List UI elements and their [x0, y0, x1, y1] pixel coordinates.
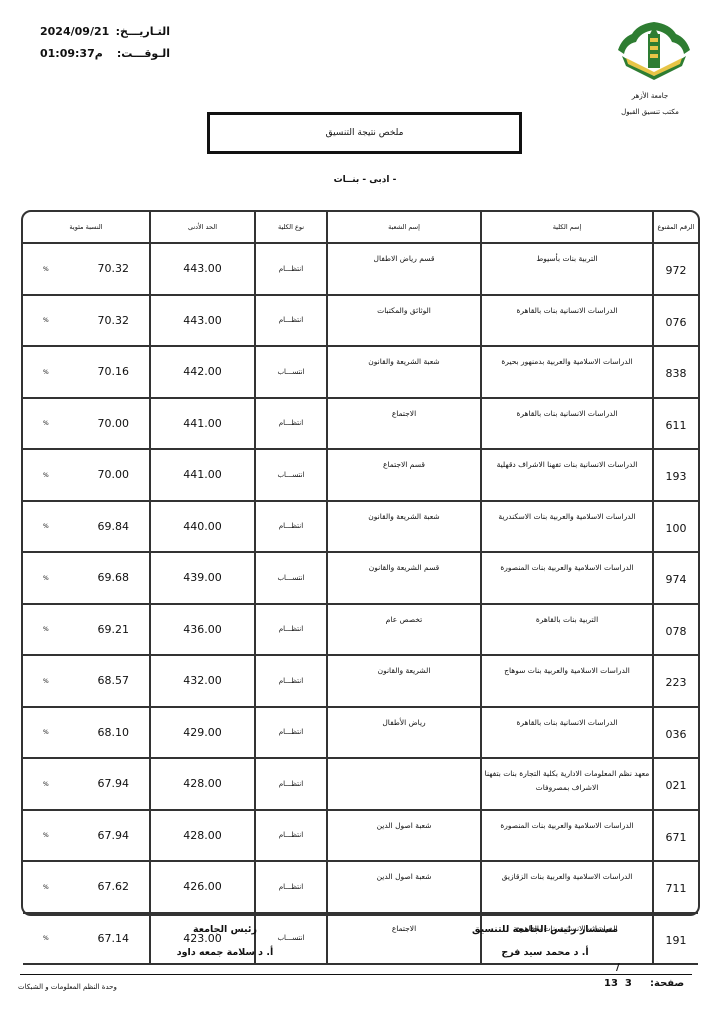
percent-sign: %	[43, 317, 49, 324]
cell-min-score: 441.00	[150, 449, 255, 501]
rate-value: 69.21	[98, 623, 130, 636]
cell-rate: %70.00	[23, 449, 150, 501]
page-total: 13	[604, 978, 618, 989]
rate-value: 70.32	[98, 314, 130, 327]
cell-branch: شعبة اصول الدين	[327, 810, 481, 862]
cell-branch: شعبة الشريعة والقانون	[327, 346, 481, 398]
cell-rate: %68.10	[23, 707, 150, 759]
table-empty-area	[23, 870, 698, 884]
page-title: ملخص نتيجة التنسيق	[207, 112, 522, 154]
cell-faculty: الدراسات الانسانية بنات بالقاهرة	[481, 295, 653, 347]
col-type: نوع الكلية	[255, 212, 327, 243]
percent-sign: %	[43, 369, 49, 376]
table-header-row: النسبة مئوية الحد الأدنى نوع الكلية إسم …	[23, 212, 698, 243]
cell-min-score: 428.00	[150, 810, 255, 862]
cell-branch: تخصص عام	[327, 604, 481, 656]
cell-type: انتظـــام	[255, 707, 327, 759]
cell-min-score: 442.00	[150, 346, 255, 398]
rate-value: 69.84	[98, 520, 130, 533]
table-row: %70.16442.00انتســـابشعبة الشريعة والقان…	[23, 346, 698, 398]
time-label: الـوقـــت:	[117, 47, 170, 60]
cell-rate: %70.00	[23, 398, 150, 450]
cell-min-score: 436.00	[150, 604, 255, 656]
table-row: %67.62426.00انتظـــامشعبة اصول الدينالدر…	[23, 861, 698, 913]
cell-faculty: الدراسات الاسلامية والعربية بنات المنصور…	[481, 810, 653, 862]
page-number: 13 3	[604, 978, 632, 989]
cell-rate: %70.32	[23, 243, 150, 295]
rate-value: 68.57	[98, 674, 130, 687]
cell-rate: %67.62	[23, 861, 150, 913]
cell-faculty: التربية بنات بالقاهرة	[481, 604, 653, 656]
table-row: %68.10429.00انتظـــامرياض الأطفالالدراسا…	[23, 707, 698, 759]
column-divider	[255, 870, 256, 884]
cell-rate: %69.21	[23, 604, 150, 656]
table-row: %68.57432.00انتظـــامالشريعة والقانونالد…	[23, 655, 698, 707]
rate-value: 67.94	[98, 829, 130, 842]
cell-faculty: معهد نظم المعلومات الادارية بكلية التجار…	[481, 758, 653, 810]
cell-branch: الشريعة والقانون	[327, 655, 481, 707]
cell-faculty: الدراسات الاسلامية والعربية بنات الاسكند…	[481, 501, 653, 553]
cell-code: 972	[653, 243, 698, 295]
rate-value: 70.00	[98, 468, 130, 481]
column-divider	[653, 870, 654, 884]
cell-rate: %67.14	[23, 913, 150, 965]
col-branch: إسم الشعبة	[327, 212, 481, 243]
table-row: %70.00441.00انتظـــامالاجتماعالدراسات ال…	[23, 398, 698, 450]
cell-faculty: الدراسات الانسانية بنات تفهنا الاشراف دق…	[481, 449, 653, 501]
rate-value: 67.94	[98, 777, 130, 790]
cell-rate: %70.32	[23, 295, 150, 347]
cell-type: انتظـــام	[255, 501, 327, 553]
cell-rate: %67.94	[23, 758, 150, 810]
cell-type: انتظـــام	[255, 810, 327, 862]
percent-sign: %	[43, 472, 49, 479]
cell-code: 100	[653, 501, 698, 553]
date-value: 2024/09/21	[40, 25, 109, 38]
table-row: %69.84440.00انتظـــامشعبة الشريعة والقان…	[23, 501, 698, 553]
cell-rate: %67.94	[23, 810, 150, 862]
table-row: %70.32443.00انتظـــامالوثائق والمكتباتال…	[23, 295, 698, 347]
percent-sign: %	[43, 729, 49, 736]
cell-branch: الوثائق والمكتبات	[327, 295, 481, 347]
page-subtitle: - ادبى - بنــات	[300, 175, 430, 185]
cell-min-score: 429.00	[150, 707, 255, 759]
president-title: رئيس الجامعة	[150, 924, 300, 935]
cell-rate: %70.16	[23, 346, 150, 398]
percent-sign: %	[43, 523, 49, 530]
university-name: جامعة الأزهر	[600, 92, 700, 100]
cell-min-score: 426.00	[150, 861, 255, 913]
page-slash: /	[616, 962, 620, 973]
cell-branch: قسم الشريعة والقانون	[327, 552, 481, 604]
cell-code: 223	[653, 655, 698, 707]
cell-code: 974	[653, 552, 698, 604]
cell-type: انتظـــام	[255, 398, 327, 450]
percent-sign: %	[43, 935, 49, 942]
column-divider	[327, 870, 328, 884]
cell-branch: شعبة اصول الدين	[327, 861, 481, 913]
col-min-score: الحد الأدنى	[150, 212, 255, 243]
footer-unit: وحدة النظم المعلومات و الشبكات	[18, 983, 117, 991]
cell-code: 076	[653, 295, 698, 347]
cell-type: انتظـــام	[255, 295, 327, 347]
percent-sign: %	[43, 575, 49, 582]
percent-sign: %	[43, 781, 49, 788]
percent-sign: %	[43, 420, 49, 427]
cell-min-score: 443.00	[150, 295, 255, 347]
page-title-text: ملخص نتيجة التنسيق	[326, 128, 404, 138]
cell-code: 711	[653, 861, 698, 913]
cell-faculty: الدراسات الاسلامية والعربية بنات المنصور…	[481, 552, 653, 604]
cell-type: انتظـــام	[255, 758, 327, 810]
table-row: %70.00441.00انتســـابقسم الاجتماعالدراسا…	[23, 449, 698, 501]
president-name: أ. د سلامة جمعه داود	[150, 947, 300, 958]
advisor-name: أ. د محمد سيد فرج	[440, 947, 650, 958]
cell-min-score: 443.00	[150, 243, 255, 295]
cell-code: 078	[653, 604, 698, 656]
cell-faculty: الدراسات الاسلامية والعربية بدمنهور بحير…	[481, 346, 653, 398]
cell-faculty: التربية بنات بأسيوط	[481, 243, 653, 295]
office-name: مكتب تنسيق القبول	[600, 108, 700, 116]
col-rate: النسبة مئوية	[23, 212, 150, 243]
cell-branch: رياض الأطفال	[327, 707, 481, 759]
percent-sign: %	[43, 626, 49, 633]
date-label: التـاريـــخ:	[116, 25, 170, 38]
results-table: النسبة مئوية الحد الأدنى نوع الكلية إسم …	[23, 212, 698, 965]
cell-min-score: 439.00	[150, 552, 255, 604]
col-faculty: إسم الكلية	[481, 212, 653, 243]
footer-divider	[20, 974, 692, 975]
table-row: %67.94428.00انتظـــاممعهد نظم المعلومات …	[23, 758, 698, 810]
time-value: 01:09:37م	[40, 47, 103, 60]
table-row: %69.21436.00انتظـــامتخصص عامالتربية بنا…	[23, 604, 698, 656]
percent-sign: %	[43, 266, 49, 273]
cell-min-score: 432.00	[150, 655, 255, 707]
column-divider	[150, 870, 151, 884]
cell-min-score: 441.00	[150, 398, 255, 450]
cell-code: 838	[653, 346, 698, 398]
page-label: صفحة:	[650, 978, 684, 989]
rate-value: 68.10	[98, 726, 130, 739]
cell-min-score: 428.00	[150, 758, 255, 810]
date-time-block: 2024/09/21 التـاريـــخ: 01:09:37م الـوقـ…	[40, 20, 170, 64]
cell-code: 671	[653, 810, 698, 862]
cell-code: 021	[653, 758, 698, 810]
cell-code: 611	[653, 398, 698, 450]
cell-rate: %69.84	[23, 501, 150, 553]
cell-min-score: 440.00	[150, 501, 255, 553]
column-divider	[481, 870, 482, 884]
cell-branch: قسم رياض الاطفال	[327, 243, 481, 295]
cell-type: انتظـــام	[255, 861, 327, 913]
table-row: %69.68439.00انتســـابقسم الشريعة والقانو…	[23, 552, 698, 604]
rate-value: 70.16	[98, 365, 130, 378]
cell-rate: %69.68	[23, 552, 150, 604]
page-current: 3	[625, 978, 632, 989]
cell-branch: قسم الاجتماع	[327, 449, 481, 501]
cell-branch: الاجتماع	[327, 398, 481, 450]
table-row: %70.32443.00انتظـــامقسم رياض الاطفالالت…	[23, 243, 698, 295]
rate-value: 67.14	[98, 932, 130, 945]
cell-type: انتســـاب	[255, 449, 327, 501]
cell-faculty: الدراسات الانسانية بنات بالقاهرة	[481, 707, 653, 759]
cell-branch	[327, 758, 481, 810]
cell-code: 036	[653, 707, 698, 759]
cell-code: 193	[653, 449, 698, 501]
cell-rate: %68.57	[23, 655, 150, 707]
cell-code: 191	[653, 913, 698, 965]
advisor-title: مستشار رئيس الجامعة للتنسيق	[440, 924, 650, 935]
rate-value: 70.32	[98, 262, 130, 275]
table-row: %67.94428.00انتظـــامشعبة اصول الدينالدر…	[23, 810, 698, 862]
cell-faculty: الدراسات الاسلامية والعربية بنات سوهاج	[481, 655, 653, 707]
cell-faculty: الدراسات الاسلامية والعربية بنات الزقازي…	[481, 861, 653, 913]
rate-value: 70.00	[98, 417, 130, 430]
rate-value: 69.68	[98, 571, 130, 584]
university-logo-icon	[612, 20, 696, 82]
cell-type: انتســـاب	[255, 552, 327, 604]
percent-sign: %	[43, 884, 49, 891]
col-code: الرقم المقنوع	[653, 212, 698, 243]
cell-branch: شعبة الشريعة والقانون	[327, 501, 481, 553]
cell-faculty: الدراسات الانسانية بنات بالقاهرة	[481, 398, 653, 450]
cell-type: انتظـــام	[255, 604, 327, 656]
percent-sign: %	[43, 832, 49, 839]
cell-type: انتظـــام	[255, 655, 327, 707]
cell-type: انتســـاب	[255, 346, 327, 398]
percent-sign: %	[43, 678, 49, 685]
cell-type: انتظـــام	[255, 243, 327, 295]
